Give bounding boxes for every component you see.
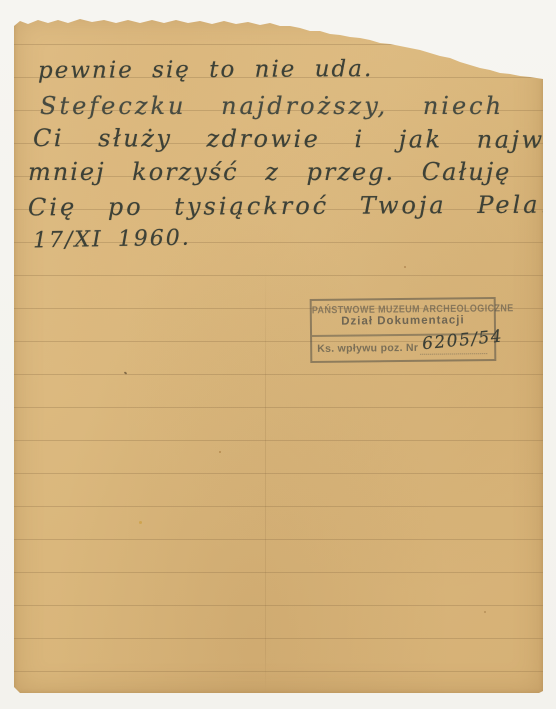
vertical-crease bbox=[265, 266, 266, 693]
stamp-register-label: Ks. wpływu poz. Nr bbox=[317, 342, 418, 355]
handwriting-line: Cię po tysiąckroć Twoja Pela. bbox=[28, 191, 551, 222]
stamp-dotted-line: 6205/54 bbox=[420, 340, 487, 355]
handwriting-date: 17/XI 1960. bbox=[33, 226, 191, 254]
paper-speck bbox=[404, 266, 406, 268]
stamp-register-row: Ks. wpływu poz. Nr 6205/54 bbox=[312, 333, 494, 361]
paper-speck bbox=[139, 521, 142, 524]
handwriting-line: Ci służy zdrowie i jak najwięk bbox=[33, 124, 556, 154]
stamp-institution-line: PAŃSTWOWE MUZEUM ARCHEOLOGICZNE bbox=[312, 302, 494, 315]
museum-stamp: PAŃSTWOWE MUZEUM ARCHEOLOGICZNE Dział Do… bbox=[310, 297, 497, 363]
scanned-letter-page: pewnie się to nie uda. Stefeczku najdroż… bbox=[0, 0, 556, 709]
handwriting-line: mniej korzyść z przeg. Całuję bbox=[28, 158, 511, 186]
paper-speck bbox=[484, 611, 486, 613]
stamp-register-number: 6205/54 bbox=[421, 326, 504, 354]
paper-sheet: pewnie się to nie uda. Stefeczku najdroż… bbox=[14, 16, 543, 693]
paper-speck bbox=[124, 371, 128, 374]
handwriting-line: pewnie się to nie uda. bbox=[38, 56, 373, 84]
paper-speck bbox=[219, 451, 221, 453]
stamp-department-line: Dział Dokumentacji bbox=[312, 314, 494, 328]
handwriting-line: Stefeczku najdroższy, niech bbox=[40, 92, 504, 120]
